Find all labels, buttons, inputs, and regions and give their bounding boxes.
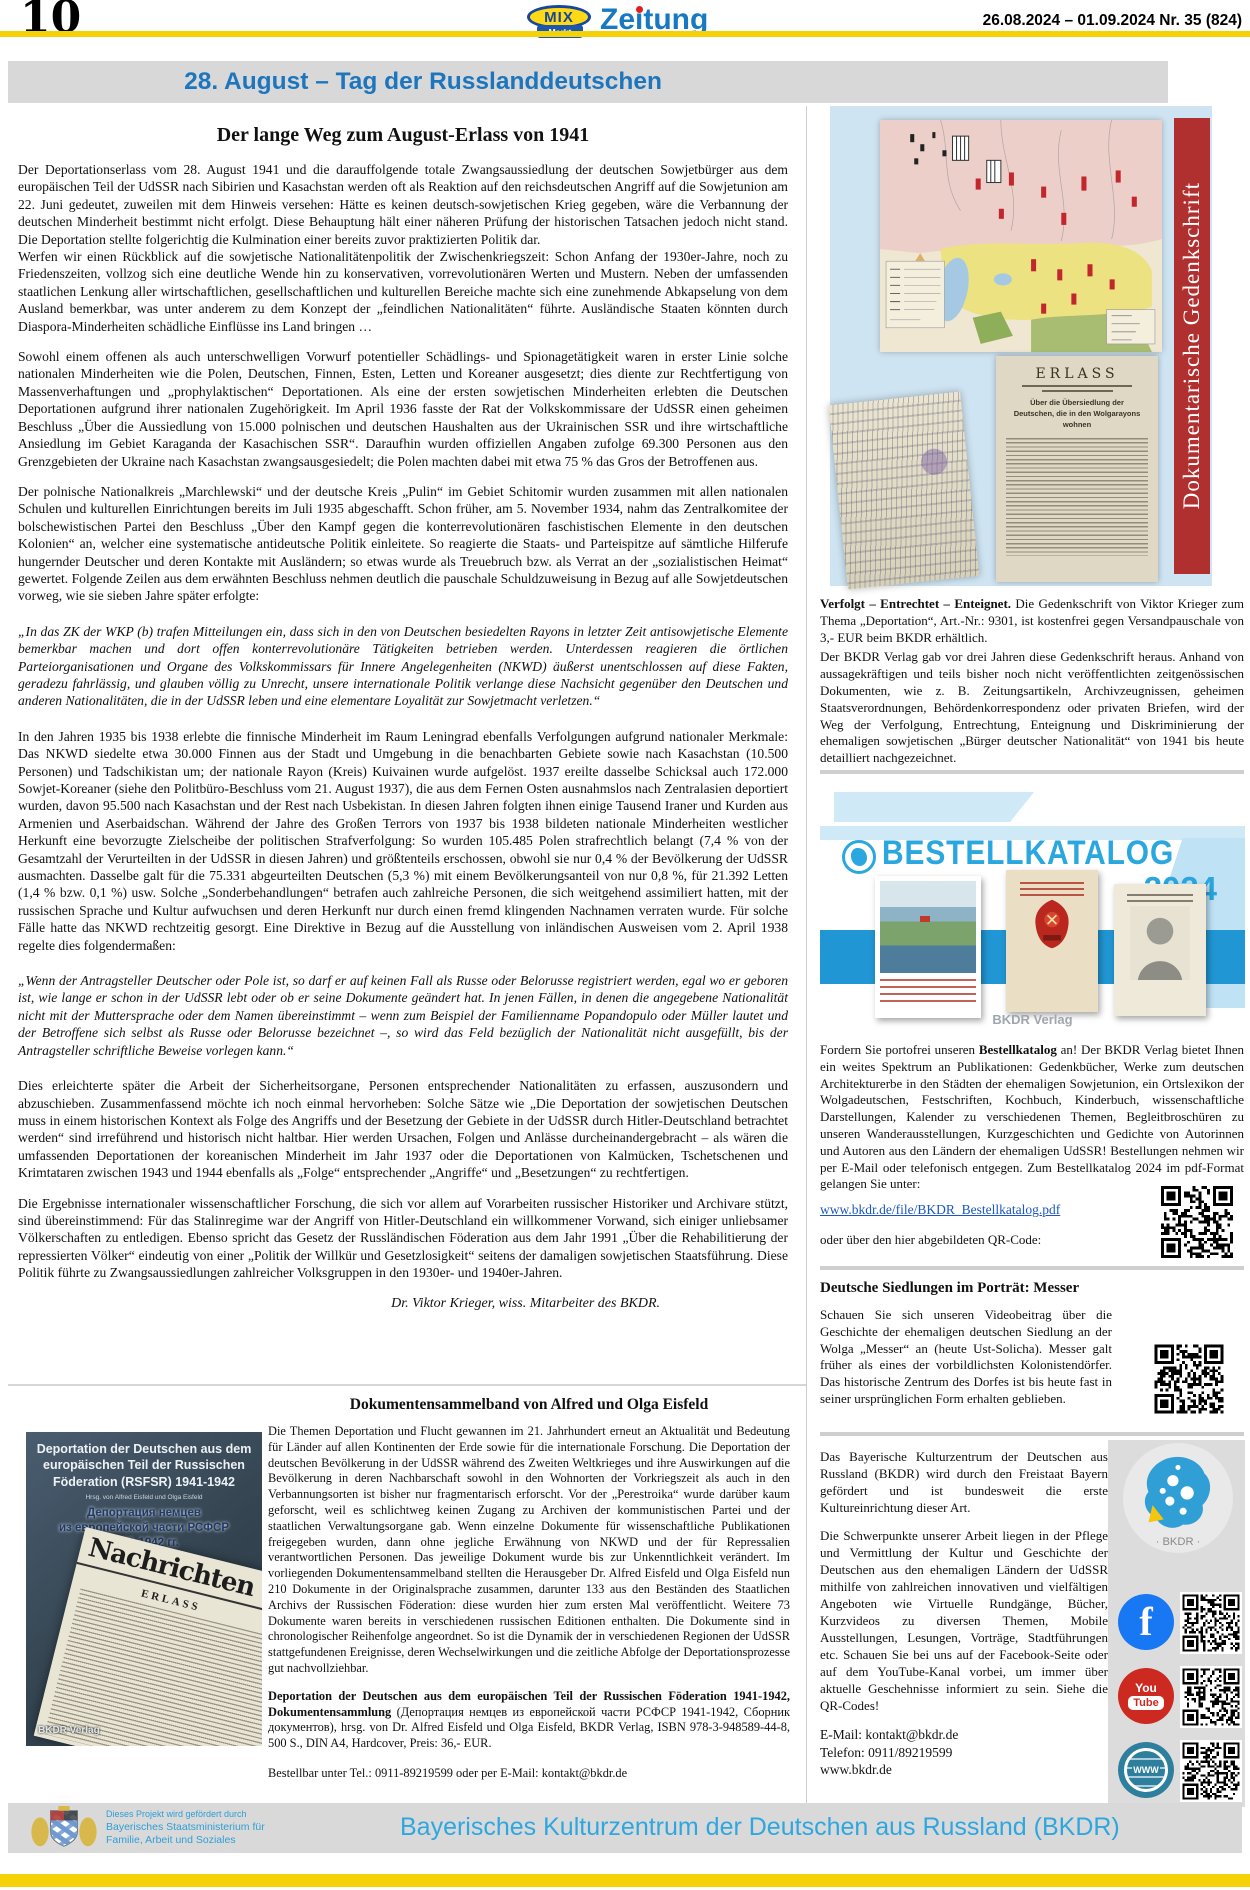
handwritten-document-image (829, 392, 980, 590)
katalog-bold: Bestellkatalog (979, 1042, 1057, 1057)
promo-title: BESTELLKATALOG (882, 834, 1174, 873)
article-paragraph: Dies erleichterte später die Arbeit der … (18, 1077, 788, 1181)
cover-ru-line: Депортация немцев (87, 1507, 201, 1519)
globe-ring: WWW (1124, 1748, 1168, 1792)
watercolor-art (880, 881, 976, 973)
bkdr-info-text: Das Bayerische Kulturzentrum der Deutsch… (820, 1448, 1108, 1779)
cover-text-lines (880, 979, 976, 1003)
portrait-drawing (1130, 906, 1190, 980)
promo-book-cover-crest (1006, 870, 1098, 1012)
messer-text: Schauen Sie sich unseren Videobeitrag üb… (820, 1307, 1112, 1408)
caption-paragraph: Der BKDR Verlag gab vor drei Jahren dies… (820, 649, 1244, 767)
promo-stripe (834, 792, 1034, 822)
erlass-heading: Über die Übersiedlung der Deutschen, die… (1010, 398, 1144, 431)
ministry-line: Familie, Arbeit und Soziales (106, 1834, 265, 1847)
document-body-lines (1006, 438, 1148, 556)
info-paragraph: Das Bayerische Kulturzentrum der Deutsch… (820, 1448, 1108, 1516)
cover-editors: Hrsg. von Alfred Eisfeld und Olga Eisfel… (26, 1494, 262, 1501)
bestellkatalog-pdf-link[interactable]: www.bkdr.de/file/BKDR_Bestellkatalog.pdf (820, 1202, 1060, 1219)
qr-code-youtube (1180, 1666, 1242, 1728)
youtube-icon: You Tube (1118, 1668, 1174, 1724)
newspaper-page: 10 MIX Markt Zeitung 26.08.2024 – 01.09.… (0, 0, 1250, 1890)
contact-email: E-Mail: kontakt@bkdr.de (820, 1726, 1108, 1744)
cover-text-lines (1020, 882, 1084, 896)
ministry-credit: Dieses Projekt wird gefördert durch Baye… (106, 1808, 265, 1847)
article-paragraph: In den Jahren 1935 bis 1938 erlebte die … (18, 728, 788, 954)
cover-title-german: Deportation der Deutschen aus dem europä… (26, 1441, 262, 1490)
article-title: Der lange Weg zum August-Erlass von 1941 (18, 124, 788, 147)
promo-book-cover-landscape (875, 876, 981, 1018)
bkdr-logo-label: · BKDR · (1156, 1536, 1201, 1548)
order-line: Bestellbar unter Tel.: 0911-89219599 ode… (268, 1766, 790, 1782)
newspaper-clipping-image: Nachrichten ERLASS (34, 1527, 262, 1746)
qr-code-website (1180, 1740, 1242, 1802)
main-article: Der lange Weg zum August-Erlass von 1941… (18, 124, 788, 1312)
text-line (1042, 390, 1113, 392)
section-divider (820, 770, 1244, 774)
article-byline: Dr. Viktor Krieger, wiss. Mitarbeiter de… (18, 1295, 788, 1312)
gedenkschrift-caption: Verfolgt – Entrechtet – Enteignet. Die G… (820, 596, 1244, 770)
erlass-document-image: ERLASS Über die Übersiedlung der Deutsch… (996, 356, 1158, 582)
contact-block: E-Mail: kontakt@bkdr.de Telefon: 0911/89… (820, 1726, 1108, 1779)
deportation-map-image (880, 120, 1162, 352)
katalog-rest: an! Der BKDR Verlag bietet Ihnen ein wei… (820, 1042, 1244, 1191)
ink-stamp (920, 447, 949, 476)
cover-text-lines (1127, 894, 1193, 906)
banner-title: 28. August – Tag der Russlanddeutschen (8, 68, 838, 96)
yellow-rule-bottom (0, 1874, 1250, 1887)
column-divider (806, 106, 807, 1803)
second-article: Dokumentensammelband von Alfred und Olga… (268, 1396, 790, 1794)
youtube-box-text: Tube (1128, 1696, 1163, 1710)
caption-paragraph: Verfolgt – Entrechtet – Enteignet. Die G… (820, 596, 1244, 646)
qr-code-bestellkatalog (1158, 1183, 1236, 1261)
ministry-line: Bayerisches Staatsministerium für (106, 1821, 265, 1834)
caption-lead: Verfolgt – Entrechtet – Enteignet. (820, 596, 1011, 611)
funded-by-line: Dieses Projekt wird gefördert durch (106, 1808, 265, 1821)
bestellkatalog-promo-image: BESTELLKATALOG 2024 BKDR Verlag (820, 780, 1245, 1035)
article-paragraph: Die Ergebnisse internationaler wissensch… (18, 1195, 788, 1282)
globe-icon: WWW (1118, 1742, 1174, 1798)
katalog-lead: Fordern Sie portofrei unseren (820, 1042, 979, 1057)
article-paragraph: Werfen wir einen Rückblick auf die sowje… (18, 248, 788, 335)
text-line (1022, 385, 1133, 387)
qr-code-messer-video (1152, 1342, 1226, 1416)
gedenkschrift-side-banner: Dokumentarische Gedenkschrift (1174, 118, 1210, 574)
soviet-crest-icon (1030, 896, 1074, 952)
section-divider (820, 1432, 1244, 1436)
yellow-rule-top (0, 31, 1250, 37)
section-banner: 28. August – Tag der Russlanddeutschen (8, 61, 1168, 103)
book-cover-image: Deportation der Deutschen aus dem europä… (26, 1432, 262, 1746)
article-paragraph: Der polnische Nationalkreis „Marchlewski… (18, 483, 788, 605)
cover-publisher: BKDR Verlag (38, 1725, 100, 1736)
globe-label: WWW (1132, 1765, 1159, 1775)
contact-phone: Telefon: 0911/89219599 (820, 1744, 1108, 1762)
facebook-glyph: f (1139, 1602, 1152, 1642)
info-paragraph: Die Schwerpunkte unserer Arbeit liegen i… (820, 1527, 1108, 1714)
article-paragraph: Der Deportationserlass vom 28. August 19… (18, 161, 788, 248)
contact-website[interactable]: www.bkdr.de (820, 1761, 1108, 1779)
article-paragraph: Sowohl einem offenen als auch unterschwe… (18, 348, 788, 470)
second-article-heading: Dokumentensammelband von Alfred und Olga… (268, 1396, 790, 1414)
facebook-icon: f (1118, 1594, 1174, 1650)
promo-publisher: BKDR Verlag (820, 1012, 1245, 1027)
erlass-title: ERLASS (1006, 366, 1148, 382)
promo-book-cover-portrait (1114, 884, 1206, 1016)
footer-title: Bayerisches Kulturzentrum der Deutschen … (400, 1813, 1120, 1842)
issue-date-line: 26.08.2024 – 01.09.2024 Nr. 35 (824) (983, 12, 1242, 30)
red-dot-icon (636, 6, 643, 13)
second-article-body: Die Themen Deportation und Flucht gewann… (268, 1424, 790, 1677)
side-banner-text: Dokumentarische Gedenkschrift (1179, 182, 1205, 509)
book-reference: Deportation der Deutschen aus dem europä… (268, 1689, 790, 1752)
article-quote: „Wenn der Antragsteller Deutscher oder P… (18, 972, 788, 1059)
qr-code-facebook (1180, 1592, 1242, 1654)
bkdr-logo: · BKDR · (1122, 1442, 1234, 1554)
messer-heading: Deutsche Siedlungen im Porträt: Messer (820, 1280, 1244, 1297)
article-divider (8, 1384, 806, 1386)
bavaria-coat-of-arms (28, 1805, 100, 1851)
footer-band: Dieses Projekt wird gefördert durch Baye… (8, 1803, 1242, 1853)
bkdr-mini-logo-icon (842, 840, 876, 874)
section-divider (820, 1266, 1244, 1270)
article-quote: „In das ZK der WKP (b) trafen Mitteilung… (18, 623, 788, 710)
youtube-top-text: You (1135, 1682, 1157, 1694)
katalog-paragraph: Fordern Sie portofrei unseren Bestellkat… (820, 1042, 1244, 1193)
gedenkschrift-collage-image: ERLASS Über die Übersiedlung der Deutsch… (830, 106, 1212, 586)
